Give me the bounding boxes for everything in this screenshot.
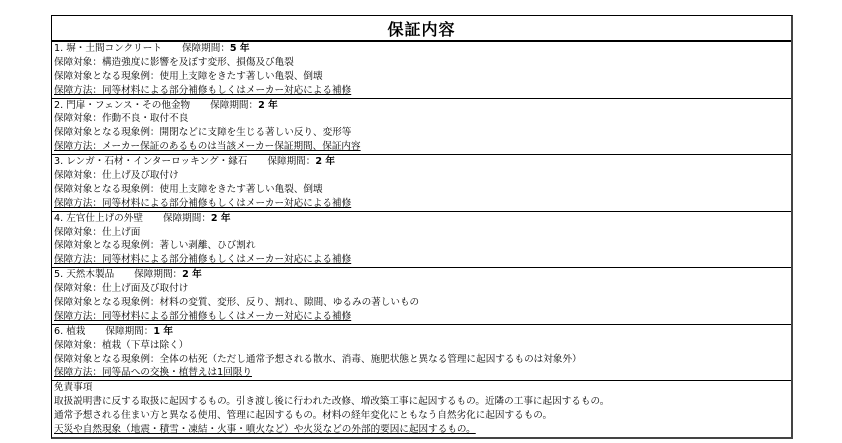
exemption-line-2: 通常予想される住まい方と異なる使用、管理に起因するもの。材料の経年変化にともなう… [52,409,791,423]
period-value: 1 年 [153,326,173,337]
exemptions-heading: 免責事項 [52,381,791,395]
period-label: 保障期間： [267,156,315,167]
coverage-target: 保障対象：植栽（下草は除く） [52,339,791,353]
period-value: 2 年 [315,156,335,167]
coverage-method: 保障方法：同等材料による部分補修もしくはメーカー対応による補修 [52,197,791,211]
period-value: 5 年 [230,43,250,54]
section-title: 6. 植栽 [54,326,85,337]
warranty-section-4: 4. 左官仕上げの外壁保障期間：2 年 保障対象：仕上げ面 保障対象となる現象例… [52,212,791,269]
coverage-target: 保障対象：作動不良・取付不良 [52,112,791,126]
period-label: 保障期間： [105,326,153,337]
exemption-line-1: 取扱説明書に反する取扱に起因するもの。引き渡し後に行われた改修、増改築工事に起因… [52,395,791,409]
coverage-method: 保障方法：同等品への交換・植替えは1回限り [52,366,791,380]
coverage-examples: 保障対象となる現象例：開閉などに支障を生じる著しい反り、変形等 [52,126,791,140]
warranty-section-3: 3. レンガ・石材・インターロッキング・縁石保障期間：2 年 保障対象：仕上げ及… [52,155,791,212]
period-value: 2 年 [182,269,202,280]
period-label: 保障期間： [182,43,230,54]
warranty-section-1: 1. 塀・土間コンクリート保障期間：5 年 保障対象：構造強度に影響を及ぼす変形… [52,42,791,99]
period-value: 2 年 [211,213,231,224]
section-title: 5. 天然木製品 [54,269,114,280]
page-title: 保証内容 [52,16,791,42]
coverage-method: 保障方法：同等材料による部分補修もしくはメーカー対応による補修 [52,84,791,98]
section-heading: 3. レンガ・石材・インターロッキング・縁石保障期間：2 年 [52,155,791,169]
section-heading: 2. 門扉・フェンス・その他金物保障期間：2 年 [52,99,791,113]
section-heading: 5. 天然木製品保障期間：2 年 [52,268,791,282]
period-value: 2 年 [258,100,278,111]
exemptions-section: 免責事項 取扱説明書に反する取扱に起因するもの。引き渡し後に行われた改修、増改築… [52,381,791,437]
section-title: 1. 塀・土間コンクリート [54,43,162,54]
section-title: 2. 門扉・フェンス・その他金物 [54,100,190,111]
exemption-line-3: 天災や自然現象（地震・積雪・凍結・火事・噴火など）や火災などの外部的要因に起因す… [52,423,791,437]
coverage-target: 保障対象：仕上げ面及び取付け [52,282,791,296]
period-label: 保障期間： [134,269,182,280]
warranty-section-6: 6. 植栽保障期間：1 年 保障対象：植栽（下草は除く） 保障対象となる現象例：… [52,325,791,382]
section-title: 3. レンガ・石材・インターロッキング・縁石 [54,156,247,167]
section-heading: 4. 左官仕上げの外壁保障期間：2 年 [52,212,791,226]
coverage-examples: 保障対象となる現象例：材料の変質、変形、反り、割れ、隙間、ゆるみの著しいもの [52,296,791,310]
coverage-examples: 保障対象となる現象例：全体の枯死（ただし通常予想される散水、消毒、施肥状態と異な… [52,353,791,367]
period-label: 保障期間： [210,100,258,111]
coverage-target: 保障対象：仕上げ及び取付け [52,169,791,183]
coverage-examples: 保障対象となる現象例：使用上支障をきたす著しい亀裂、倒壊 [52,70,791,84]
coverage-method: 保障方法：メーカー保証のあるものは当該メーカー保証期間、保証内容 [52,140,791,154]
coverage-examples: 保障対象となる現象例：著しい剥離、ひび割れ [52,239,791,253]
coverage-target: 保障対象：仕上げ面 [52,226,791,240]
warranty-table: 保証内容 1. 塀・土間コンクリート保障期間：5 年 保障対象：構造強度に影響を… [51,15,793,439]
coverage-examples: 保障対象となる現象例：使用上支障をきたす著しい亀裂、倒壊 [52,183,791,197]
warranty-section-5: 5. 天然木製品保障期間：2 年 保障対象：仕上げ面及び取付け 保障対象となる現… [52,268,791,325]
section-title: 4. 左官仕上げの外壁 [54,213,143,224]
coverage-target: 保障対象：構造強度に影響を及ぼす変形、損傷及び亀裂 [52,56,791,70]
warranty-section-2: 2. 門扉・フェンス・その他金物保障期間：2 年 保障対象：作動不良・取付不良 … [52,99,791,156]
coverage-method: 保障方法：同等材料による部分補修もしくはメーカー対応による補修 [52,253,791,267]
section-heading: 1. 塀・土間コンクリート保障期間：5 年 [52,42,791,56]
period-label: 保障期間： [163,213,211,224]
coverage-method: 保障方法：同等材料による部分補修もしくはメーカー対応による補修 [52,310,791,324]
section-heading: 6. 植栽保障期間：1 年 [52,325,791,339]
